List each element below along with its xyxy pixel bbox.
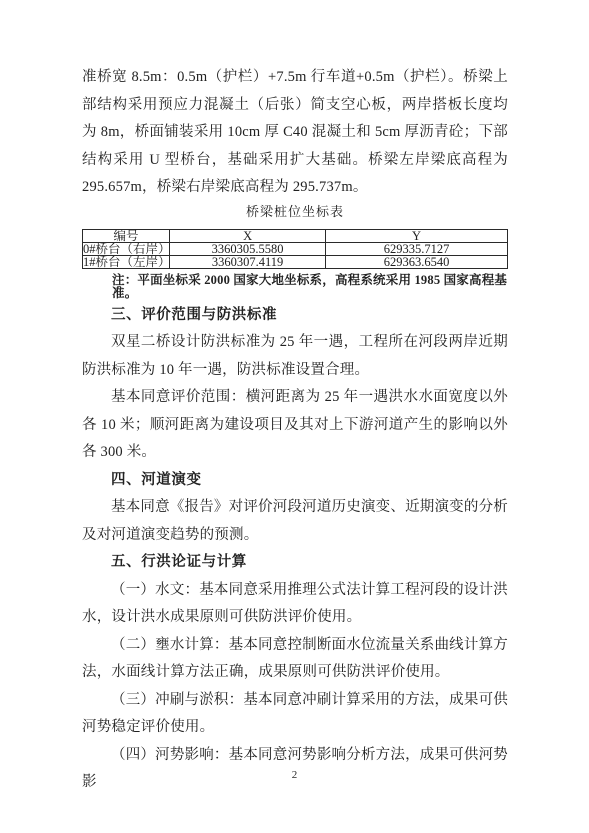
table-cell-y: 629363.6540 bbox=[326, 255, 508, 268]
table-header-row: 编号 X Y bbox=[83, 229, 508, 242]
page-content: 准桥宽 8.5m：0.5m（护栏）+7.5m 行车道+0.5m（护栏）。桥梁上部… bbox=[0, 0, 589, 797]
coordinate-table: 编号 X Y 0#桥台（右岸） 3360305.5580 629335.7127… bbox=[82, 229, 508, 269]
table-header-y: Y bbox=[326, 229, 508, 242]
table-cell-id: 0#桥台（右岸） bbox=[83, 242, 170, 255]
table-row: 1#桥台（左岸） 3360307.4119 629363.6540 bbox=[83, 255, 508, 268]
document-page: 准桥宽 8.5m：0.5m（护栏）+7.5m 行车道+0.5m（护栏）。桥梁上部… bbox=[0, 0, 589, 833]
section-heading-river-evolution: 四、河道演变 bbox=[82, 467, 508, 495]
paragraph: （三）冲刷与淤积：基本同意冲刷计算采用的方法，成果可供河势稳定评价使用。 bbox=[82, 687, 508, 742]
table-note: 注：平面坐标采 2000 国家大地坐标系，高程系统采用 1985 国家高程基准。 bbox=[82, 274, 508, 300]
paragraph: 基本同意《报告》对评价河段河道历史演变、近期演变的分析及对河道演变趋势的预测。 bbox=[82, 494, 508, 549]
table-header-id: 编号 bbox=[83, 229, 170, 242]
paragraph: 双星二桥设计防洪标准为 25 年一遇，工程所在河段两岸近期防洪标准为 10 年一… bbox=[82, 329, 508, 384]
paragraph: （一）水文：基本同意采用推理公式法计算工程河段的设计洪水，设计洪水成果原则可供防… bbox=[82, 577, 508, 632]
page-number: 2 bbox=[0, 769, 589, 781]
table-cell-id: 1#桥台（左岸） bbox=[83, 255, 170, 268]
table-cell-y: 629335.7127 bbox=[326, 242, 508, 255]
section-heading-flood-calculation: 五、行洪论证与计算 bbox=[82, 549, 508, 577]
intro-paragraph: 准桥宽 8.5m：0.5m（护栏）+7.5m 行车道+0.5m（护栏）。桥梁上部… bbox=[82, 64, 508, 202]
table-header-x: X bbox=[170, 229, 326, 242]
table-title: 桥梁桩位坐标表 bbox=[82, 202, 508, 221]
table-row: 0#桥台（右岸） 3360305.5580 629335.7127 bbox=[83, 242, 508, 255]
section-heading-scope-flood-standard: 三、评价范围与防洪标准 bbox=[82, 302, 508, 330]
table-cell-x: 3360307.4119 bbox=[170, 255, 326, 268]
paragraph: （二）壅水计算：基本同意控制断面水位流量关系曲线计算方法，水面线计算方法正确，成… bbox=[82, 632, 508, 687]
paragraph: 基本同意评价范围：横河距离为 25 年一遇洪水水面宽度以外各 10 米；顺河距离… bbox=[82, 384, 508, 467]
table-cell-x: 3360305.5580 bbox=[170, 242, 326, 255]
